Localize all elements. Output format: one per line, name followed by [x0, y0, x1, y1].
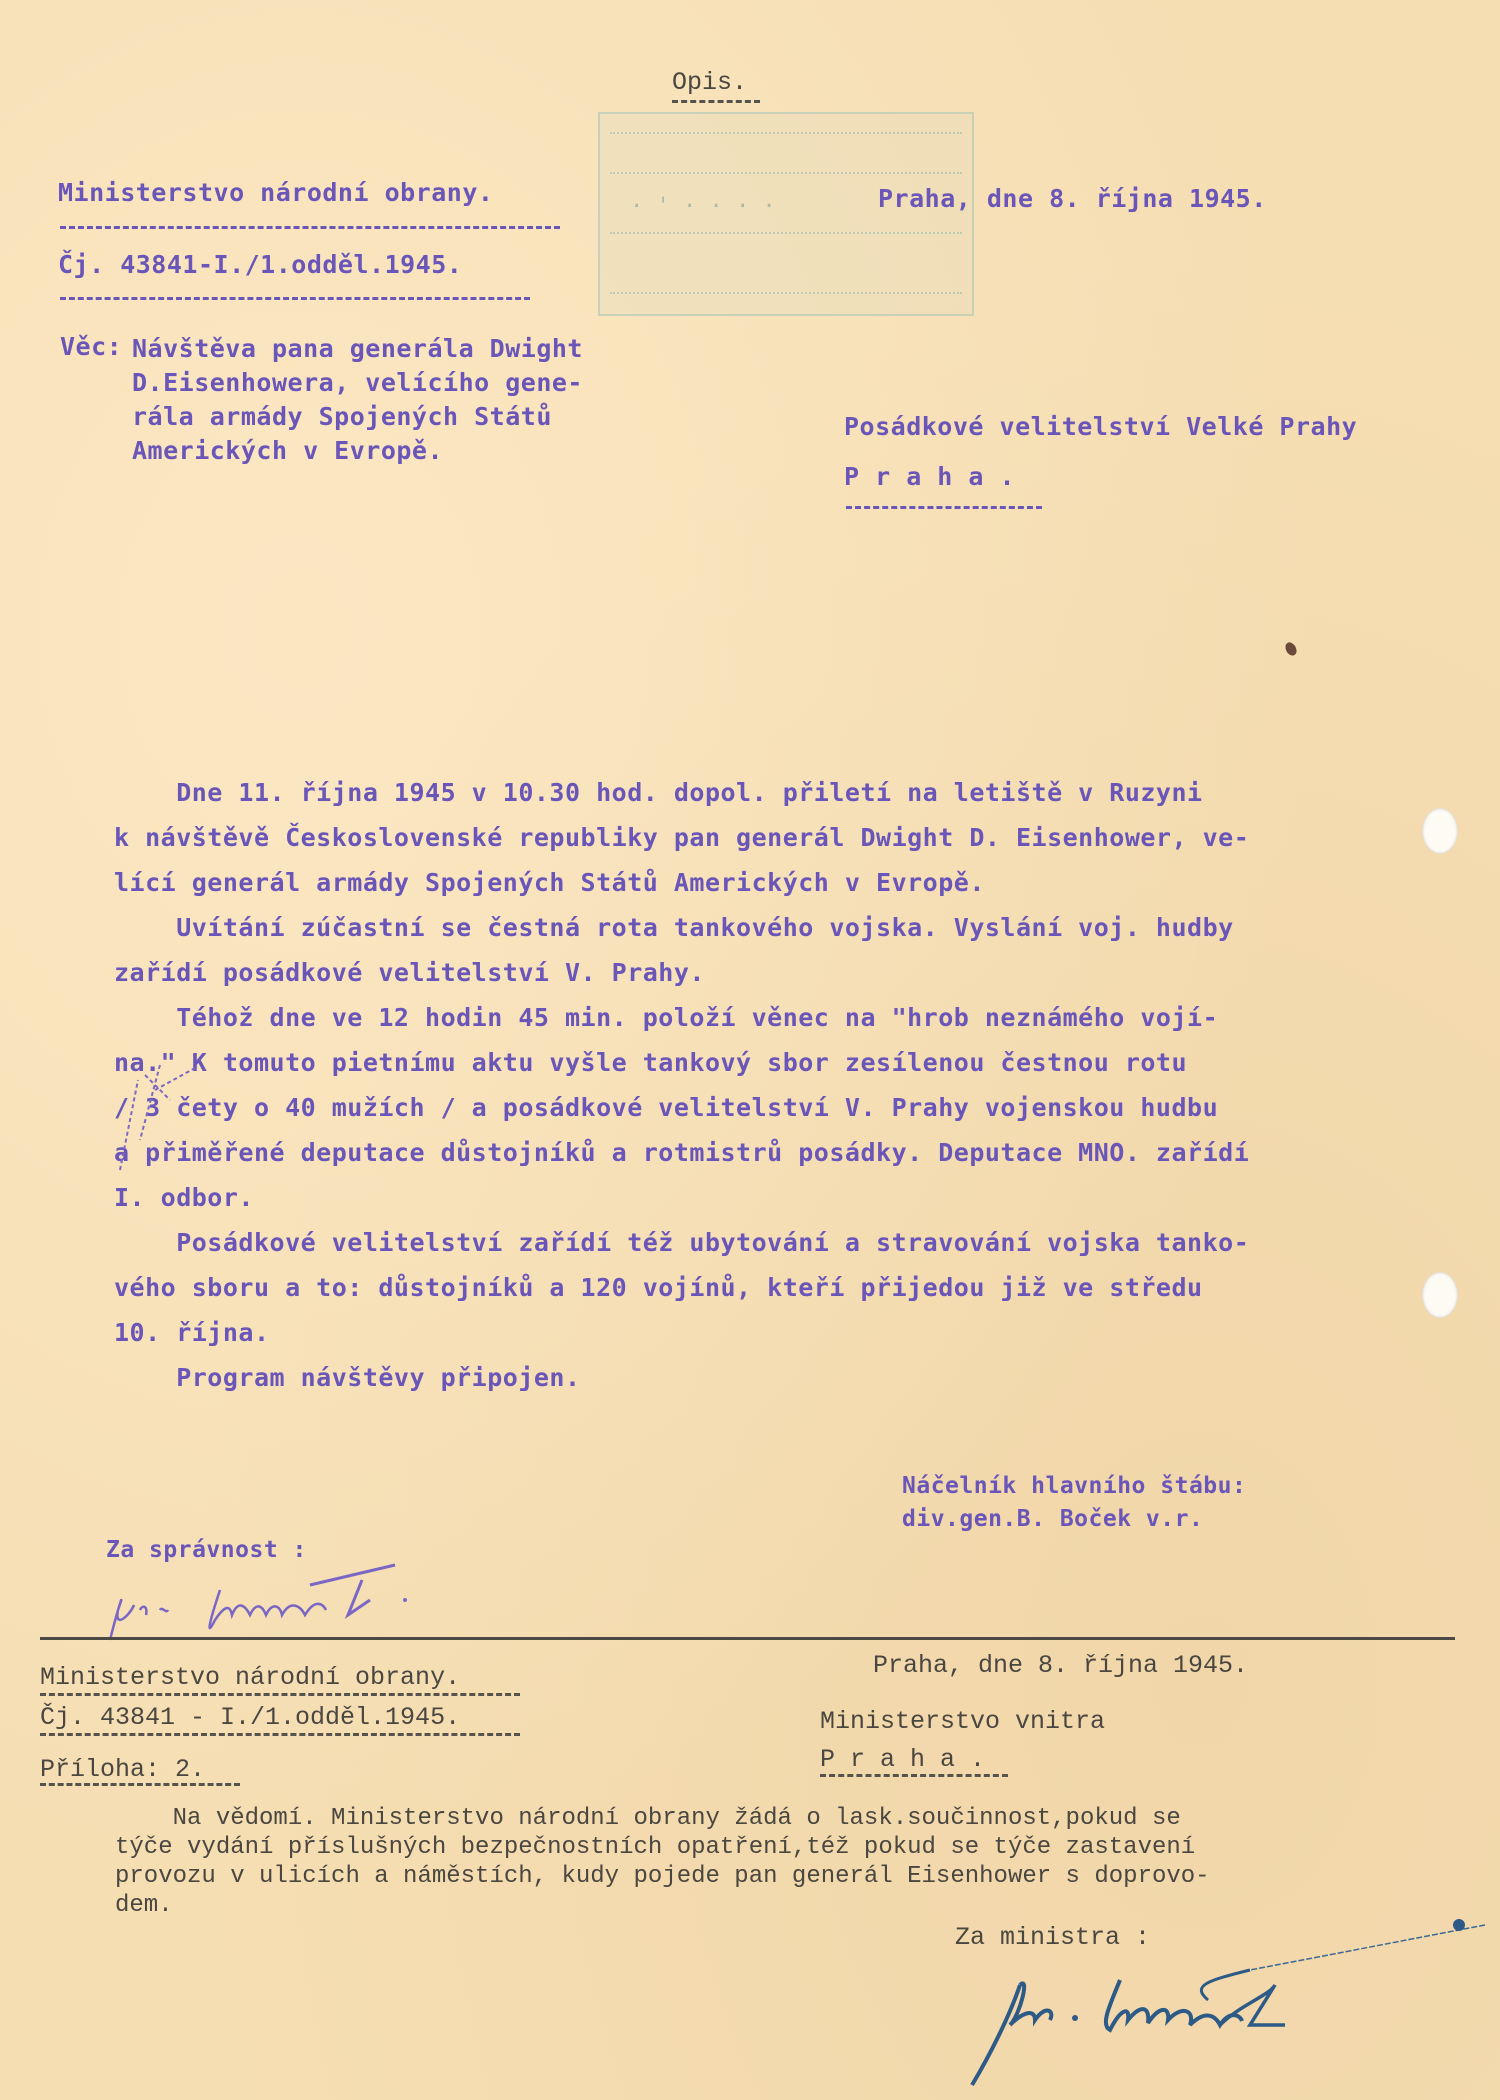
body-line: Posádkové velitelství zařídí též ubytová…: [114, 1228, 1454, 1273]
reference-underline: [60, 297, 530, 300]
signature-2: [950, 1915, 1470, 2095]
issuing-office: Ministerstvo národní obrany.: [58, 178, 493, 207]
second-office: Ministerstvo národní obrany.: [40, 1663, 460, 1692]
second-body-line: provozu v ulicích a náměstích, kudy poje…: [115, 1863, 1465, 1892]
signatory-title: Náčelník hlavního štábu:: [902, 1473, 1246, 1499]
body-line: / 3 čety o 40 mužích / a posádkové velit…: [114, 1093, 1454, 1138]
letter-body: Dne 11. října 1945 v 10.30 hod. dopol. p…: [114, 778, 1454, 1408]
subject-line: Návštěva pana generála Dwight: [132, 332, 583, 366]
second-recipient-underline: [820, 1774, 1008, 1777]
body-line: lící generál armády Spojených Států Amer…: [114, 868, 1454, 913]
punch-hole: [1422, 1272, 1458, 1318]
body-line: Téhož dne ve 12 hodin 45 min. položí věn…: [114, 1003, 1454, 1048]
subject-label: Věc:: [60, 332, 122, 361]
second-place-date: Praha, dne 8. října 1945.: [873, 1651, 1248, 1680]
second-reference-underline: [40, 1733, 520, 1736]
second-recipient-name: Ministerstvo vnitra: [820, 1707, 1105, 1736]
body-line: Uvítání zúčastní se čestná rota tankovéh…: [114, 913, 1454, 958]
second-recipient-city: P r a h a .: [820, 1745, 985, 1774]
body-line: k návštěvě Československé republiky pan …: [114, 823, 1454, 868]
second-reference: Čj. 43841 - I./1.odděl.1945.: [40, 1703, 460, 1732]
recipient-name: Posádkové velitelství Velké Prahy: [844, 412, 1357, 441]
stamp-text: · ' · · · ·: [630, 194, 776, 219]
subject-line: D.Eisenhowera, velícího gene-: [132, 366, 583, 400]
body-line: Program návštěvy připojen.: [114, 1363, 1454, 1408]
body-line: a přiměřené deputace důstojníků a rotmis…: [114, 1138, 1454, 1183]
recipient-city: P r a h a .: [844, 462, 1015, 491]
subject-line: Amerických v Evropě.: [132, 434, 583, 468]
attachment-count: Příloha: 2.: [40, 1755, 205, 1784]
subject-line: rála armády Spojených Států: [132, 400, 583, 434]
title-underline: [672, 100, 760, 103]
signatory-name: div.gen.B. Boček v.r.: [902, 1506, 1203, 1532]
section-divider: [40, 1637, 1455, 1640]
faded-stamp: · ' · · · ·: [598, 112, 974, 316]
body-line: 10. října.: [114, 1318, 1454, 1363]
document-title: Opis.: [672, 68, 747, 97]
body-line: vého sboru a to: důstojníků a 120 vojínů…: [114, 1273, 1454, 1318]
office-underline: [60, 226, 560, 229]
punch-hole: [1422, 808, 1458, 854]
second-letter-body: Na vědomí. Ministerstvo národní obrany ž…: [115, 1805, 1465, 1921]
recipient-underline: [846, 506, 1042, 509]
reference-number: Čj. 43841-I./1.odděl.1945.: [58, 250, 462, 279]
second-body-line: týče vydání příslušných bezpečnostních o…: [115, 1834, 1465, 1863]
body-line: I. odbor.: [114, 1183, 1454, 1228]
ink-spot: [1283, 640, 1299, 657]
margin-annotation: [100, 1060, 220, 1180]
body-line: na." K tomuto pietnímu aktu vyšle tankov…: [114, 1048, 1454, 1093]
body-line: Dne 11. října 1945 v 10.30 hod. dopol. p…: [114, 778, 1454, 823]
second-body-line: Na vědomí. Ministerstvo národní obrany ž…: [115, 1805, 1465, 1834]
subject-text: Návštěva pana generála DwightD.Eisenhowe…: [132, 332, 583, 468]
body-line: zařídí posádkové velitelství V. Prahy.: [114, 958, 1454, 1003]
second-office-underline: [40, 1693, 520, 1696]
place-date: Praha, dne 8. října 1945.: [878, 184, 1267, 213]
attachment-underline: [40, 1783, 240, 1786]
